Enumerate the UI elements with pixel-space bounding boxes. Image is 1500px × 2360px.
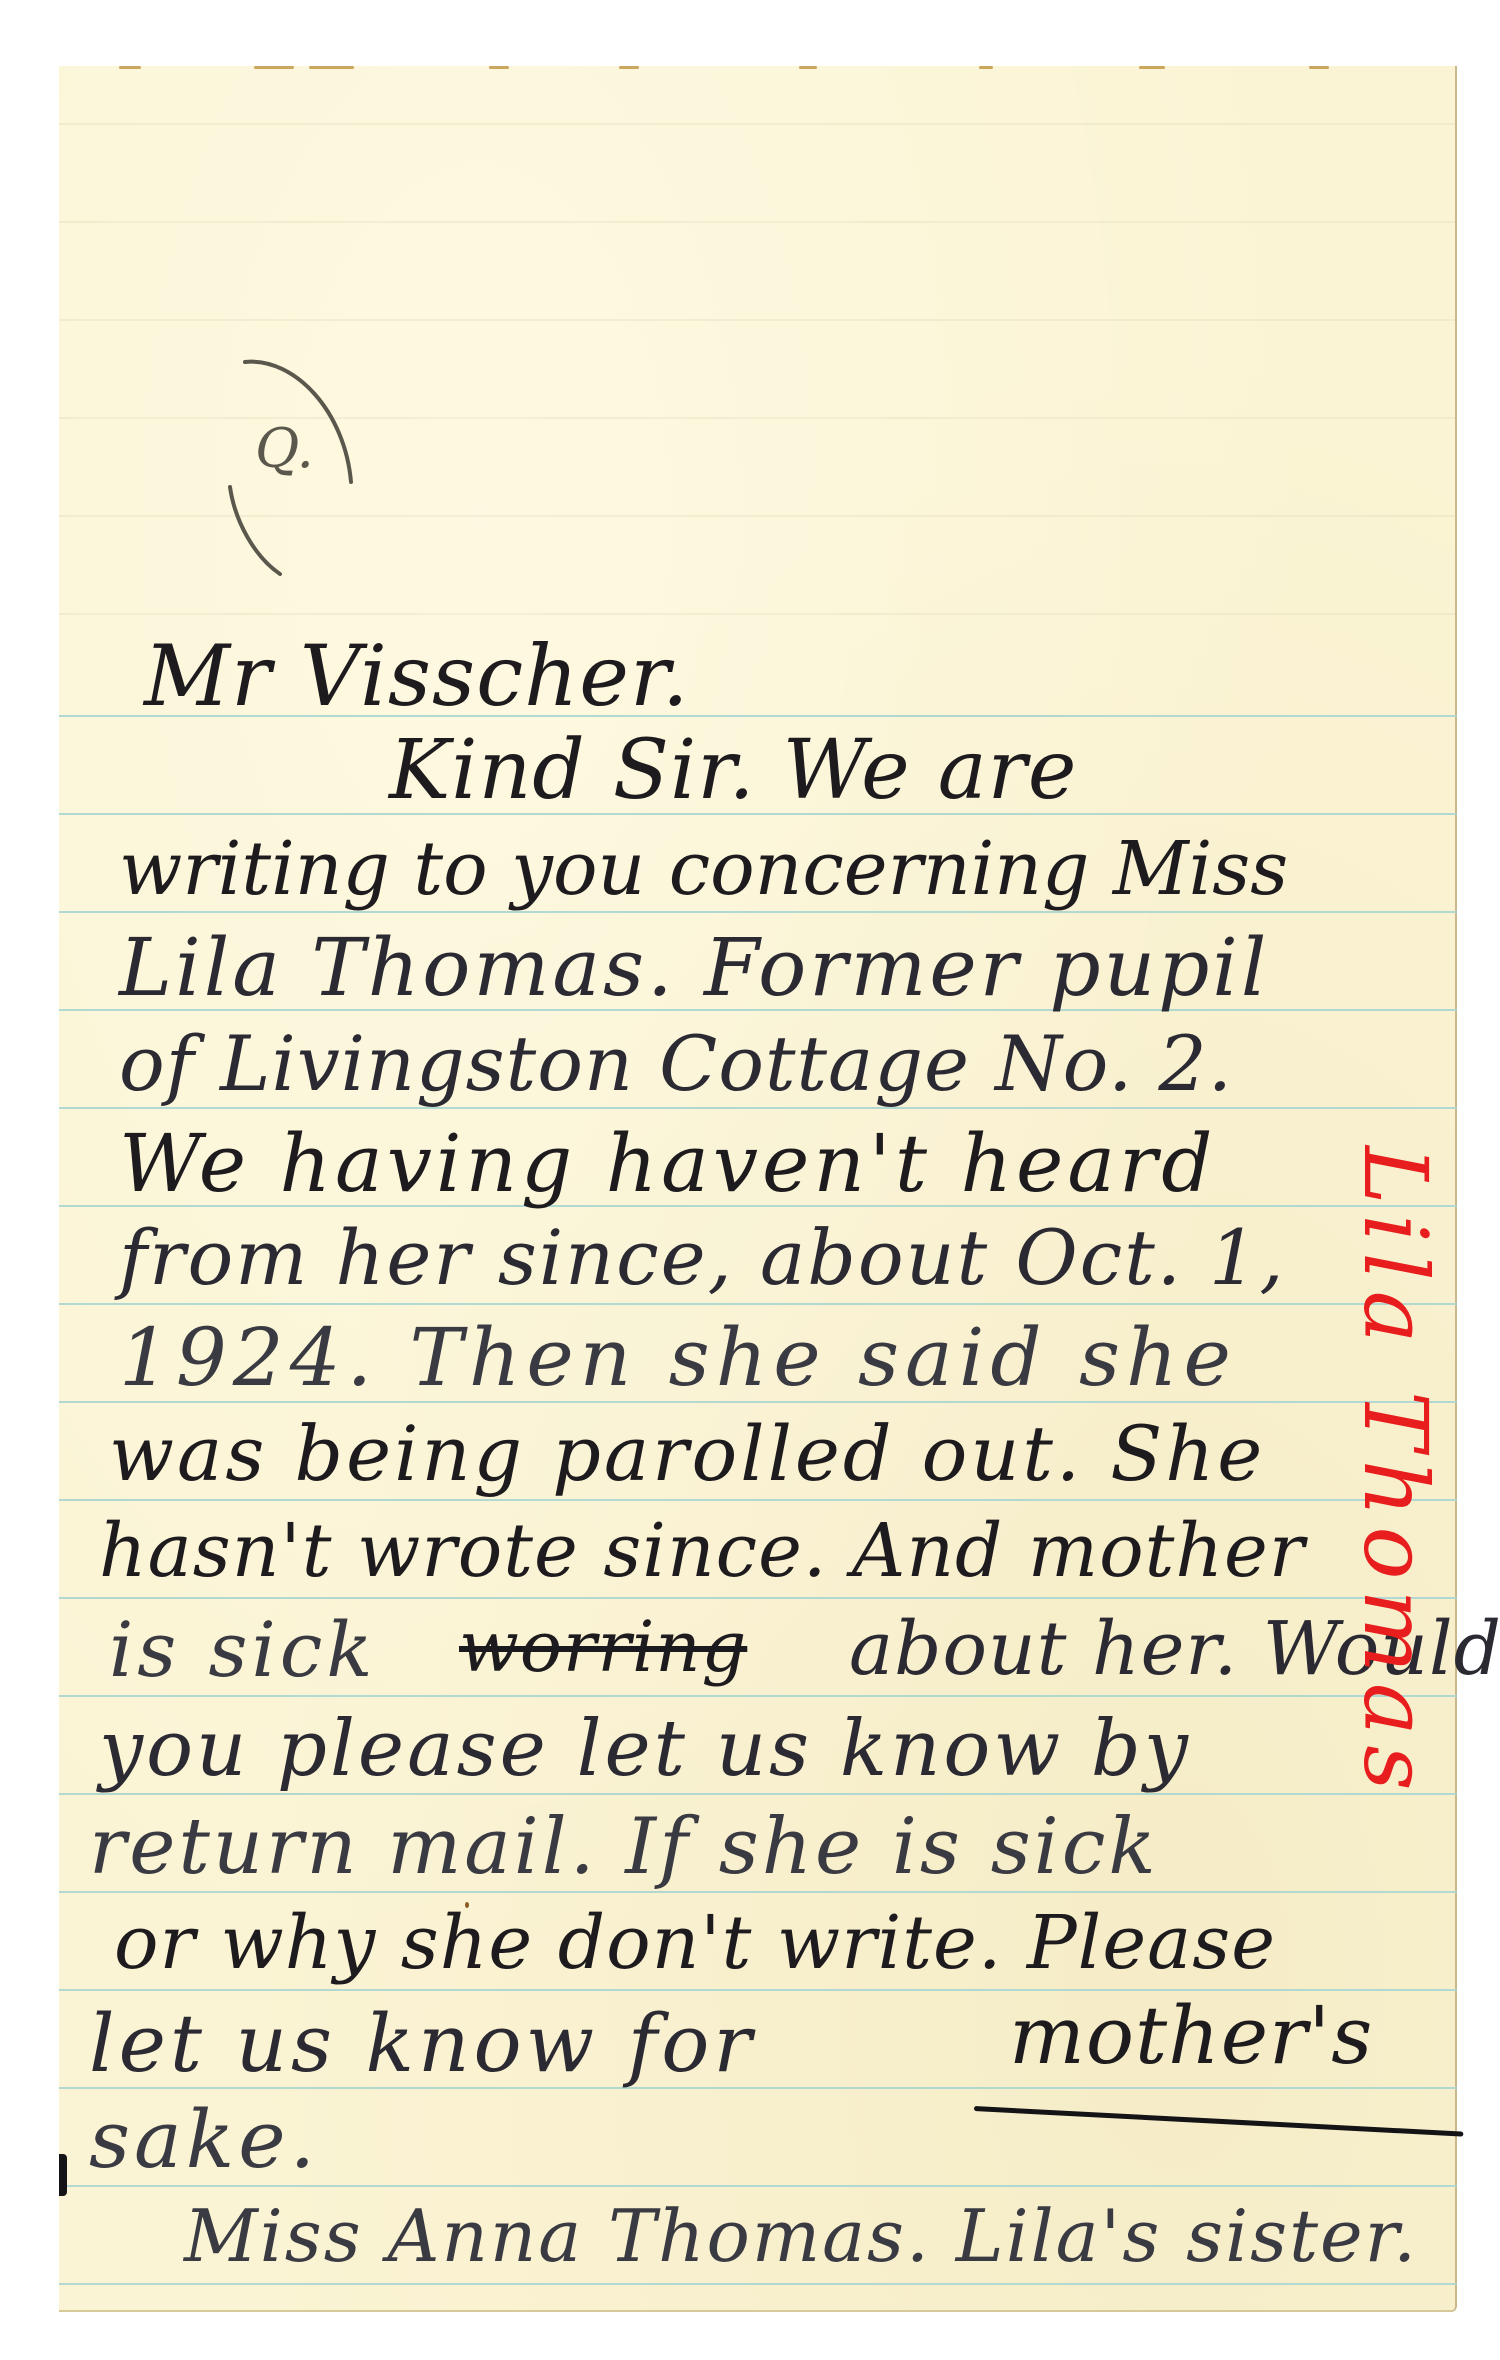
rule-line — [59, 1695, 1457, 1697]
rule-line — [59, 123, 1457, 125]
letter-line: return mail. If she is sick — [89, 1808, 1159, 1886]
top-edge-stain — [619, 66, 639, 69]
rule-line — [59, 1499, 1457, 1501]
archival-pencil-mark: Q. — [225, 352, 363, 578]
ink-blot — [59, 2154, 67, 2196]
paper-speck — [465, 1902, 469, 1908]
top-edge-stain — [1309, 66, 1329, 69]
letter-line: We having haven't heard — [119, 1124, 1217, 1204]
letter-line: Lila Thomas. Former pupil — [119, 928, 1269, 1008]
top-edge-stain — [489, 66, 509, 69]
top-edge-stain — [1139, 66, 1165, 69]
letter-paper: Q. Mr Visscher. Kind Sir. We are writing… — [59, 66, 1457, 2312]
underline-mark — [974, 2106, 1464, 2137]
rule-line — [59, 613, 1457, 615]
top-edge-stain — [309, 66, 354, 69]
underlined-word: mother's — [1009, 1996, 1373, 2076]
rule-line — [59, 221, 1457, 223]
top-edge-stain — [119, 66, 141, 69]
rule-line — [59, 319, 1457, 321]
top-edge-stain — [979, 66, 993, 69]
letter-line: Kind Sir. We are — [389, 730, 1077, 812]
top-edge-stain — [799, 66, 817, 69]
struck-word: worring — [459, 1612, 747, 1682]
letter-signature: Miss Anna Thomas. Lila's sister. — [184, 2200, 1418, 2272]
letter-line: let us know for — [89, 2004, 756, 2084]
top-edge-stain — [254, 66, 294, 69]
letter-line: of Livingston Cottage No. 2. — [119, 1026, 1233, 1102]
letter-line: was being parolled out. She — [109, 1416, 1265, 1492]
rule-line — [59, 1303, 1457, 1305]
letter-line: 1924. Then she said she — [119, 1318, 1237, 1398]
letter-line: or why she don't write. Please — [114, 1906, 1276, 1980]
red-margin-annotation: Lila Thomas — [1351, 1146, 1439, 1801]
pencil-mark-text: Q. — [255, 422, 314, 476]
letter-line: is sick — [109, 1612, 376, 1688]
rule-line — [59, 2283, 1457, 2285]
letter-line: sake. — [89, 2100, 319, 2180]
letter-line: you please let us know by — [99, 1710, 1191, 1788]
letter-line: hasn't wrote since. And mother — [99, 1514, 1305, 1588]
letter-line: from her since, about Oct. 1, — [119, 1220, 1286, 1296]
rule-line — [59, 1597, 1457, 1599]
letter-line: writing to you concerning Miss — [119, 832, 1288, 906]
letter-salutation: Mr Visscher. — [144, 634, 690, 718]
